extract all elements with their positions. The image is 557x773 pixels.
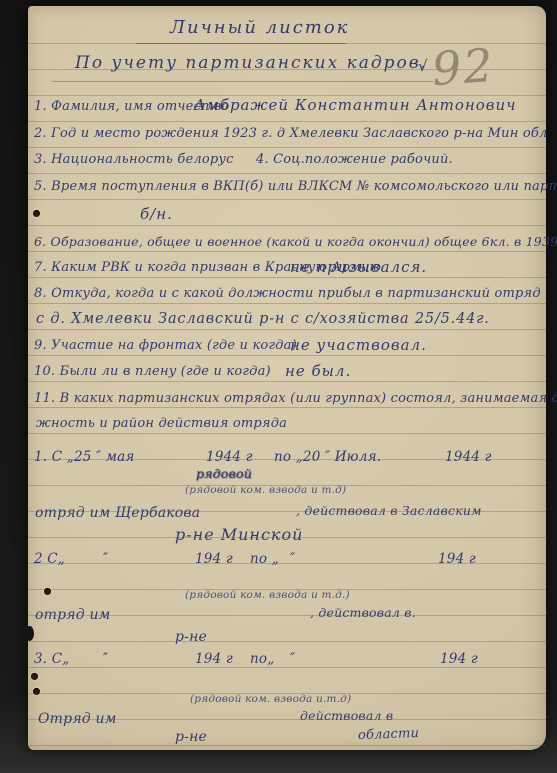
field-rvk-value: не призывался. (290, 259, 427, 276)
entry1-from: 1. С „25 ″ мая (34, 450, 135, 465)
field-arrival-label: 8. Откуда, когда и с какой должности при… (34, 287, 541, 301)
entry3-year2: 194 г (440, 652, 478, 667)
entry3-year1: 194 г (195, 652, 233, 667)
entry1-year2: 1944 г (445, 450, 492, 465)
title-underline (136, 43, 346, 44)
doc-number: 92 (430, 40, 496, 95)
entry3-oblast: области (358, 727, 420, 743)
entry3-unit: Отряд им (38, 712, 117, 727)
entry2-rank-hint: (рядовой ком. взвода и т.д.) (185, 590, 350, 602)
entry2-year1: 194 г (195, 552, 233, 567)
entry2-from: 2 С„ (34, 552, 65, 567)
punch-hole (33, 688, 40, 695)
field-fronts-label: 9. Участие на фронтах (где и когда) (34, 339, 297, 353)
checkmark: √ (418, 58, 428, 75)
entry1-rank-hint: (рядовой ком. взвода и т.д) (185, 485, 346, 497)
field-captivity-value: не был. (285, 363, 351, 380)
field-education: 6. Образование, общее и военное (какой и… (34, 235, 557, 249)
entry1-year1: 1944 г (206, 450, 253, 465)
entry2-acted: , действовал в. (310, 606, 416, 620)
scan-background: { "colors": { "paper": "#d3c6a8", "ink":… (0, 0, 557, 773)
entry1-rank: рядовой (196, 467, 252, 481)
field-social-status: 4. Соц.положение рабочий. (256, 153, 453, 167)
entry1-region: р-не Минской (175, 526, 303, 544)
entry3-region: р-не (175, 730, 207, 745)
entry1-to: по „20 ″ Июля. (274, 450, 381, 465)
field-arrival-value: с д. Хмелевки Заславский р-н с с/хозяйст… (36, 312, 490, 328)
field-fronts-value: не участвовал. (290, 337, 427, 354)
entry3-quote2: ″ (290, 652, 295, 667)
field-units-question-2: жность и район действия отряда (36, 417, 287, 431)
entry1-unit: отряд им Щербакова (35, 506, 200, 521)
entry1-acted: , действовал в Заславским (296, 504, 482, 518)
field-captivity-label: 10. Были ли в плену (где и когда) (34, 365, 271, 379)
entry2-unit: отряд им (35, 608, 110, 623)
entry3-acted: действовал в (300, 709, 393, 723)
punch-hole (31, 673, 38, 680)
field-units-question-1: 11. В каких партизанских отрядах (или гр… (34, 392, 557, 406)
entry2-quote1: ″ (103, 552, 108, 567)
entry3-from: 3. С„ (34, 652, 70, 667)
document-page: Личный листок По учету партизанских кадр… (28, 6, 546, 750)
punch-hole (44, 588, 51, 595)
edge-notch (25, 626, 34, 641)
entry3-to: по„ (250, 652, 274, 667)
doc-title: Личный листок (170, 18, 349, 38)
entry3-quote1: ″ (103, 652, 108, 667)
doc-subtitle: По учету партизанских кадров. (75, 54, 428, 73)
entry3-rank-hint: (рядовой ком. взвода и.т.д) (190, 694, 351, 706)
field-birth: 2. Год и место рождения 1923 г. д Хмелев… (34, 127, 547, 141)
subtitle-underline (52, 81, 434, 82)
field-party-entry: 5. Время поступления в ВКП(б) или ВЛКСМ … (34, 180, 557, 194)
punch-hole (33, 210, 40, 217)
entry2-year2: 194 г (438, 552, 476, 567)
field-party-value: б/н. (140, 206, 173, 223)
field-name-value: Амбражей Константин Антонович (194, 97, 516, 114)
field-nationality: 3. Национальность белорус (34, 153, 234, 167)
entry2-region: р-не (175, 630, 207, 645)
entry2-to: по „ (250, 552, 279, 567)
entry2-quote2: ″ (290, 552, 295, 567)
